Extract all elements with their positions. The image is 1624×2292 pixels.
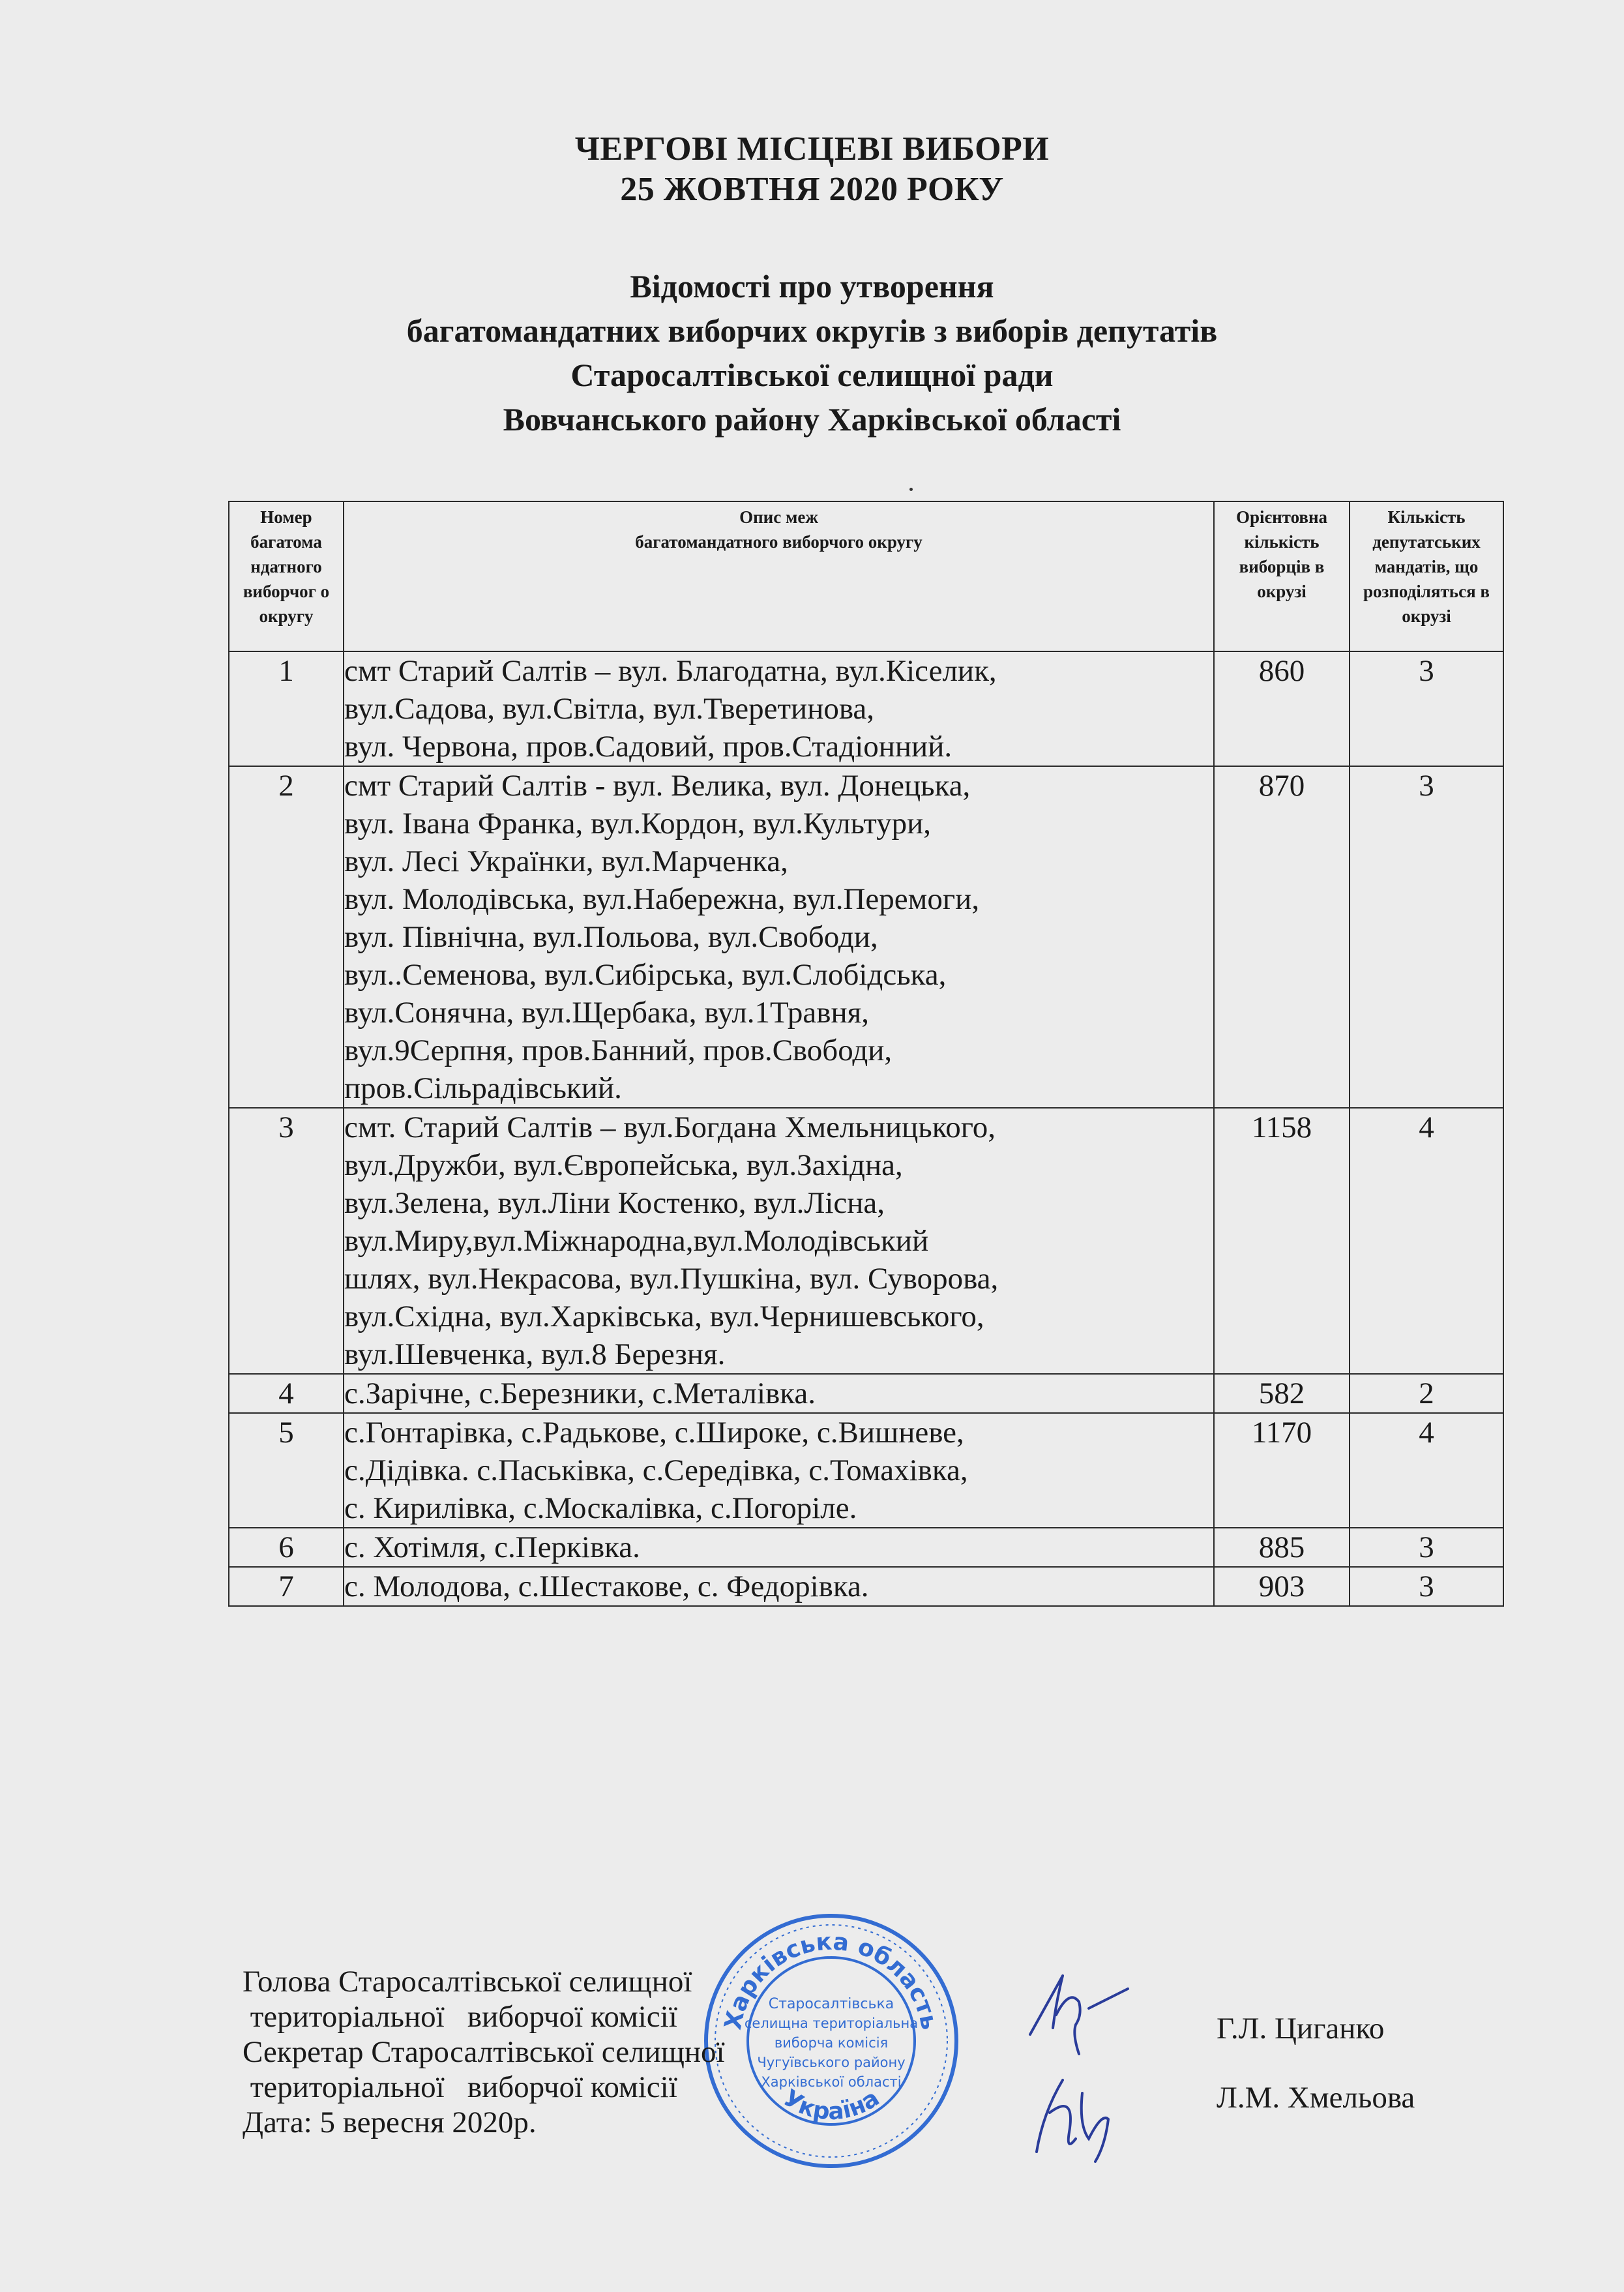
district-voters: 582 [1214, 1374, 1350, 1413]
description-line: вул.Шевченка, вул.8 Березня. [344, 1335, 1213, 1373]
district-voters: 903 [1214, 1567, 1350, 1606]
header-voters: Орієнтовна кількість виборців в окрузі [1214, 501, 1350, 651]
table-row: 7с. Молодова, с.Шестакове, с. Федорівка.… [229, 1567, 1503, 1606]
district-seats: 2 [1350, 1374, 1503, 1413]
district-description: с.Зарічне, с.Березники, с.Металівка. [344, 1374, 1214, 1413]
description-line: пров.Сільрадівський. [344, 1069, 1213, 1107]
election-date: 25 ЖОВТНЯ 2020 РОКУ [0, 170, 1624, 210]
chair-title-line1: Голова Старосалтівської селищної [243, 1964, 725, 1999]
district-voters: 1170 [1214, 1413, 1350, 1528]
district-description: смт Старий Салтів – вул. Благодатна, вул… [344, 651, 1214, 766]
header-description-line2: багатомандатного виборчого округу [346, 529, 1212, 554]
secretary-signature [1024, 2074, 1134, 2165]
description-line: вул..Семенова, вул.Сибірська, вул.Слобід… [344, 956, 1213, 994]
chair-name: Г.Л. Циганко [1217, 2011, 1384, 2046]
subtitle-line2: багатомандатних виборчих округів з вибор… [0, 308, 1624, 353]
table-row: 6с. Хотімля, с.Перківка.8853 [229, 1528, 1503, 1567]
description-line: вул.Дружби, вул.Європейська, вул.Західна… [344, 1146, 1213, 1184]
document-date: Дата: 5 вересня 2020р. [243, 2105, 725, 2140]
table-row: 3смт. Старий Салтів – вул.Богдана Хмельн… [229, 1108, 1503, 1374]
description-line: вул. Північна, вул.Польова, вул.Свободи, [344, 918, 1213, 956]
description-line: вул.Східна, вул.Харківська, вул.Чернишев… [344, 1298, 1213, 1335]
svg-text:Україна: Україна [778, 2085, 884, 2126]
district-number: 3 [229, 1108, 344, 1374]
district-voters: 1158 [1214, 1108, 1350, 1374]
district-description: смт. Старий Салтів – вул.Богдана Хмельни… [344, 1108, 1214, 1374]
description-line: с. Кирилівка, с.Москалівка, с.Погоріле. [344, 1489, 1213, 1527]
chair-signature [1017, 1963, 1147, 2061]
table-header-row: Номер багатома ндатного виборчог о округ… [229, 501, 1503, 651]
secretary-title-line1: Секретар Старосалтівської селищної [243, 2034, 725, 2070]
district-number: 4 [229, 1374, 344, 1413]
svg-text:виборча комісія: виборча комісія [775, 2035, 888, 2051]
document-subtitle: Відомості про утворення багатомандатних … [0, 264, 1624, 441]
district-description: смт Старий Салтів - вул. Велика, вул. До… [344, 766, 1214, 1108]
subtitle-line3: Старосалтівської селищної ради [0, 353, 1624, 397]
description-line: с.Дідівка. с.Паськівка, с.Середівка, с.Т… [344, 1451, 1213, 1489]
description-line: вул. Молодівська, вул.Набережна, вул.Пер… [344, 880, 1213, 918]
district-description: с. Молодова, с.Шестакове, с. Федорівка. [344, 1567, 1214, 1606]
description-line: вул.Сонячна, вул.Щербака, вул.1Травня, [344, 994, 1213, 1032]
description-line: вул.Зелена, вул.Ліни Костенко, вул.Лісна… [344, 1184, 1213, 1222]
table-body: 1смт Старий Салтів – вул. Благодатна, ву… [229, 651, 1503, 1606]
official-seal: Харківська область Україна Старосалтівсь… [701, 1911, 962, 2171]
description-line: шлях, вул.Некрасова, вул.Пушкіна, вул. С… [344, 1260, 1213, 1298]
election-title: ЧЕРГОВІ МІСЦЕВІ ВИБОРИ 25 ЖОВТНЯ 2020 РО… [0, 129, 1624, 210]
district-seats: 4 [1350, 1413, 1503, 1528]
description-line: с. Молодова, с.Шестакове, с. Федорівка. [344, 1568, 1213, 1605]
subtitle-line4: Вовчанського району Харківської області [0, 397, 1624, 441]
table-row: 2смт Старий Салтів - вул. Велика, вул. Д… [229, 766, 1503, 1108]
districts-table: Номер багатома ндатного виборчог о округ… [228, 501, 1504, 1607]
header-description: Опис меж багатомандатного виборчого окру… [344, 501, 1214, 651]
description-line: вул.Миру,вул.Міжнародна,вул.Молодівський [344, 1222, 1213, 1260]
svg-text:селищна територіальна: селищна територіальна [745, 2016, 918, 2031]
district-number: 2 [229, 766, 344, 1108]
description-line: с.Гонтарівка, с.Радькове, с.Широке, с.Ви… [344, 1414, 1213, 1451]
svg-text:Старосалтівська: Старосалтівська [769, 1996, 894, 2012]
secretary-name: Л.М. Хмельова [1217, 2080, 1415, 2115]
header-description-line1: Опис меж [346, 505, 1212, 529]
description-line: с.Зарічне, с.Березники, с.Металівка. [344, 1375, 1213, 1412]
description-line: вул.9Серпня, пров.Банний, пров.Свободи, [344, 1032, 1213, 1069]
table-row: 4с.Зарічне, с.Березники, с.Металівка.582… [229, 1374, 1503, 1413]
district-seats: 3 [1350, 1528, 1503, 1567]
district-seats: 3 [1350, 651, 1503, 766]
svg-text:Чугуївського району: Чугуївського району [757, 2055, 905, 2070]
district-number: 6 [229, 1528, 344, 1567]
district-seats: 3 [1350, 766, 1503, 1108]
svg-text:Харківської області: Харківської області [761, 2074, 901, 2090]
description-line: вул. Червона, пров.Садовий, пров.Стадіон… [344, 728, 1213, 766]
subtitle-line1: Відомості про утворення [0, 264, 1624, 308]
chair-title-line2: територіальної виборчої комісії [243, 1999, 725, 2034]
description-line: с. Хотімля, с.Перківка. [344, 1528, 1213, 1566]
district-voters: 860 [1214, 651, 1350, 766]
description-line: смт Старий Салтів – вул. Благодатна, вул… [344, 652, 1213, 690]
signatures-block: Голова Старосалтівської селищної територ… [243, 1964, 725, 2140]
district-seats: 3 [1350, 1567, 1503, 1606]
description-line: вул.Садова, вул.Світла, вул.Тверетинова, [344, 690, 1213, 728]
district-seats: 4 [1350, 1108, 1503, 1374]
district-number: 7 [229, 1567, 344, 1606]
table-row: 5с.Гонтарівка, с.Радькове, с.Широке, с.В… [229, 1413, 1503, 1528]
header-district-number: Номер багатома ндатного виборчог о округ… [229, 501, 344, 651]
district-voters: 870 [1214, 766, 1350, 1108]
district-description: с. Хотімля, с.Перківка. [344, 1528, 1214, 1567]
district-description: с.Гонтарівка, с.Радькове, с.Широке, с.Ви… [344, 1413, 1214, 1528]
election-title-line1: ЧЕРГОВІ МІСЦЕВІ ВИБОРИ [0, 129, 1624, 170]
table-row: 1смт Старий Салтів – вул. Благодатна, ву… [229, 651, 1503, 766]
description-line: вул. Лесі Українки, вул.Марченка, [344, 842, 1213, 880]
description-line: вул. Івана Франка, вул.Кордон, вул.Культ… [344, 805, 1213, 842]
secretary-title-line2: територіальної виборчої комісії [243, 2070, 725, 2105]
district-number: 1 [229, 651, 344, 766]
district-number: 5 [229, 1413, 344, 1528]
district-voters: 885 [1214, 1528, 1350, 1567]
description-line: смт. Старий Салтів – вул.Богдана Хмельни… [344, 1109, 1213, 1146]
scan-speck [909, 488, 913, 491]
description-line: смт Старий Салтів - вул. Велика, вул. До… [344, 767, 1213, 805]
header-seats: Кількість депутатських мандатів, що розп… [1350, 501, 1503, 651]
